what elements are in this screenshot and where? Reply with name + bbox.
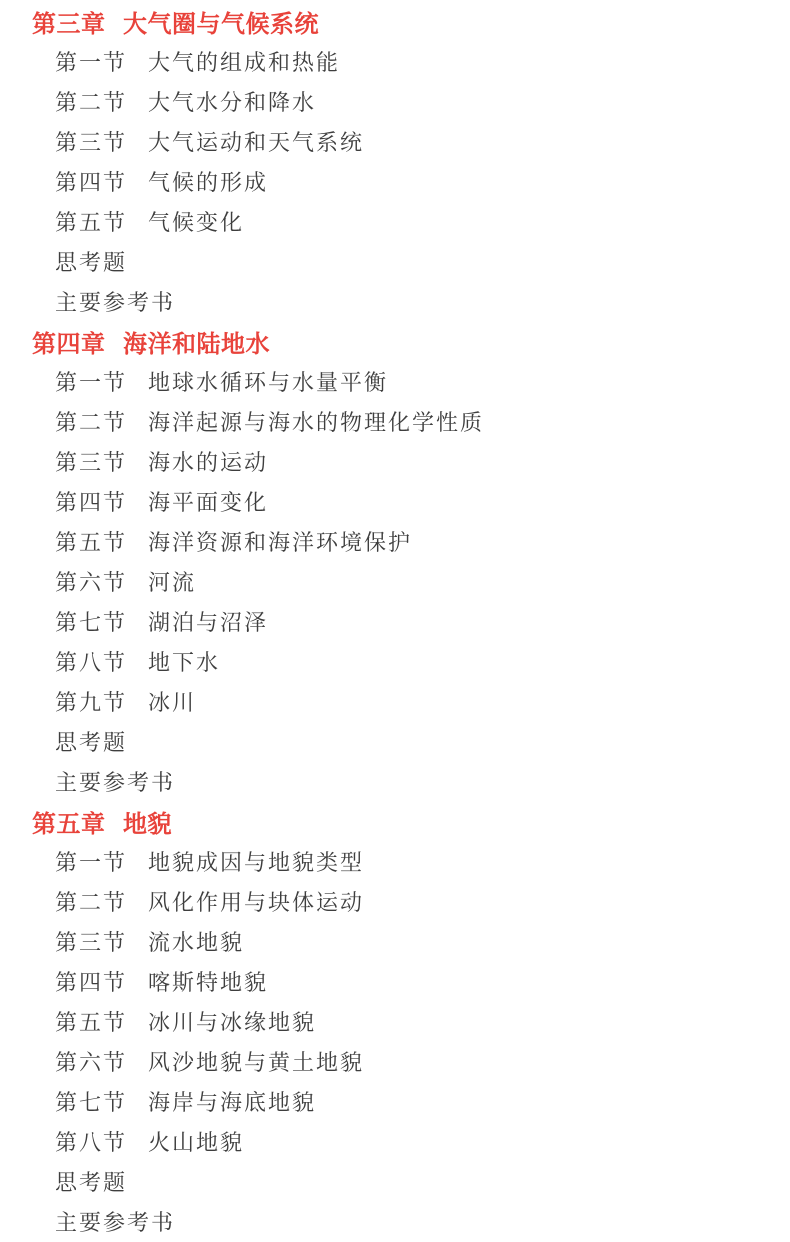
toc-entry: 第四节 气候的形成 (0, 161, 790, 201)
entry-label: 思考题 (55, 726, 148, 757)
toc-entry: 第六节 风沙地貌与黄土地貌 (0, 1041, 790, 1081)
entry-title: 气候的形成 (148, 166, 268, 197)
entry-label: 第四节 (55, 166, 148, 197)
chapter-title: 地貌 (123, 804, 172, 839)
toc-entry: 思考题 (0, 1161, 790, 1201)
toc-entry: 第三节 流水地貌 (0, 921, 790, 961)
entry-label: 第四节 (55, 966, 148, 997)
entry-title: 气候变化 (148, 206, 244, 237)
toc-entry: 思考题 (0, 721, 790, 761)
entry-label: 第三节 (55, 926, 148, 957)
entry-title: 风沙地貌与黄土地貌 (148, 1046, 364, 1077)
entry-title: 海岸与海底地貌 (148, 1086, 316, 1117)
entry-label: 第五节 (55, 526, 148, 557)
chapter-number: 第三章 (32, 4, 123, 39)
entry-label: 第九节 (55, 686, 148, 717)
entry-label: 第六节 (55, 1046, 148, 1077)
chapter-heading: 第五章 地貌 (0, 801, 790, 841)
entry-title: 地球水循环与水量平衡 (148, 366, 388, 397)
entry-label: 第一节 (55, 846, 148, 877)
entry-label: 第七节 (55, 606, 148, 637)
entry-title: 海平面变化 (148, 486, 268, 517)
toc-entry: 第五节 气候变化 (0, 201, 790, 241)
toc-entry: 第一节 大气的组成和热能 (0, 41, 790, 81)
entry-title: 火山地貌 (148, 1126, 244, 1157)
chapter-number: 第五章 (32, 804, 123, 839)
entry-title: 地貌成因与地貌类型 (148, 846, 364, 877)
entry-label: 第五节 (55, 206, 148, 237)
chapter-heading: 第三章 大气圈与气候系统 (0, 1, 790, 41)
entry-title: 大气运动和天气系统 (148, 126, 364, 157)
toc-entry: 第四节 海平面变化 (0, 481, 790, 521)
entry-label: 第二节 (55, 886, 148, 917)
chapter-heading: 第四章 海洋和陆地水 (0, 321, 790, 361)
toc-entry: 第八节 地下水 (0, 641, 790, 681)
entry-label: 第六节 (55, 566, 148, 597)
entry-label: 第八节 (55, 646, 148, 677)
toc-entry: 主要参考书 (0, 1201, 790, 1241)
entry-label: 第八节 (55, 1126, 148, 1157)
toc-entry: 主要参考书 (0, 281, 790, 321)
entry-label: 第二节 (55, 406, 148, 437)
toc-entry: 第五节 海洋资源和海洋环境保护 (0, 521, 790, 561)
toc-entry: 主要参考书 (0, 761, 790, 801)
chapter-title: 海洋和陆地水 (123, 324, 270, 359)
entry-title: 大气的组成和热能 (148, 46, 340, 77)
entry-title: 海洋起源与海水的物理化学性质 (148, 406, 484, 437)
toc-entry: 第六节 河流 (0, 561, 790, 601)
entry-title: 地下水 (148, 646, 220, 677)
entry-title: 河流 (148, 566, 196, 597)
entry-title: 湖泊与沼泽 (148, 606, 268, 637)
toc-entry: 第四节 喀斯特地貌 (0, 961, 790, 1001)
toc-page: 第三章 大气圈与气候系统 第一节 大气的组成和热能 第二节 大气水分和降水 第三… (0, 0, 790, 1242)
toc-entry: 第九节 冰川 (0, 681, 790, 721)
entry-label: 第三节 (55, 126, 148, 157)
entry-label: 第二节 (55, 86, 148, 117)
entry-label: 第七节 (55, 1086, 148, 1117)
toc-entry: 第二节 海洋起源与海水的物理化学性质 (0, 401, 790, 441)
entry-label: 第五节 (55, 1006, 148, 1037)
entry-label: 主要参考书 (55, 286, 175, 317)
toc-entry: 第三节 大气运动和天气系统 (0, 121, 790, 161)
toc-entry: 第一节 地貌成因与地貌类型 (0, 841, 790, 881)
toc-entry: 第一节 地球水循环与水量平衡 (0, 361, 790, 401)
chapter-title: 大气圈与气候系统 (123, 4, 319, 39)
entry-label: 第四节 (55, 486, 148, 517)
entry-title: 冰川与冰缘地貌 (148, 1006, 316, 1037)
entry-label: 主要参考书 (55, 1206, 175, 1237)
toc-entry: 第三节 海水的运动 (0, 441, 790, 481)
entry-label: 第三节 (55, 446, 148, 477)
entry-title: 流水地貌 (148, 926, 244, 957)
entry-label: 思考题 (55, 1166, 148, 1197)
entry-label: 主要参考书 (55, 766, 175, 797)
toc-entry: 第七节 湖泊与沼泽 (0, 601, 790, 641)
chapter-number: 第四章 (32, 324, 123, 359)
entry-title: 大气水分和降水 (148, 86, 316, 117)
toc-entry: 第二节 大气水分和降水 (0, 81, 790, 121)
entry-title: 喀斯特地貌 (148, 966, 268, 997)
entry-title: 海水的运动 (148, 446, 268, 477)
entry-label: 思考题 (55, 246, 148, 277)
toc-entry: 第七节 海岸与海底地貌 (0, 1081, 790, 1121)
entry-title: 风化作用与块体运动 (148, 886, 364, 917)
toc-entry: 第五节 冰川与冰缘地貌 (0, 1001, 790, 1041)
toc-entry: 思考题 (0, 241, 790, 281)
entry-label: 第一节 (55, 46, 148, 77)
toc-entry: 第二节 风化作用与块体运动 (0, 881, 790, 921)
entry-label: 第一节 (55, 366, 148, 397)
entry-title: 冰川 (148, 686, 196, 717)
entry-title: 海洋资源和海洋环境保护 (148, 526, 412, 557)
toc-entry: 第八节 火山地貌 (0, 1121, 790, 1161)
